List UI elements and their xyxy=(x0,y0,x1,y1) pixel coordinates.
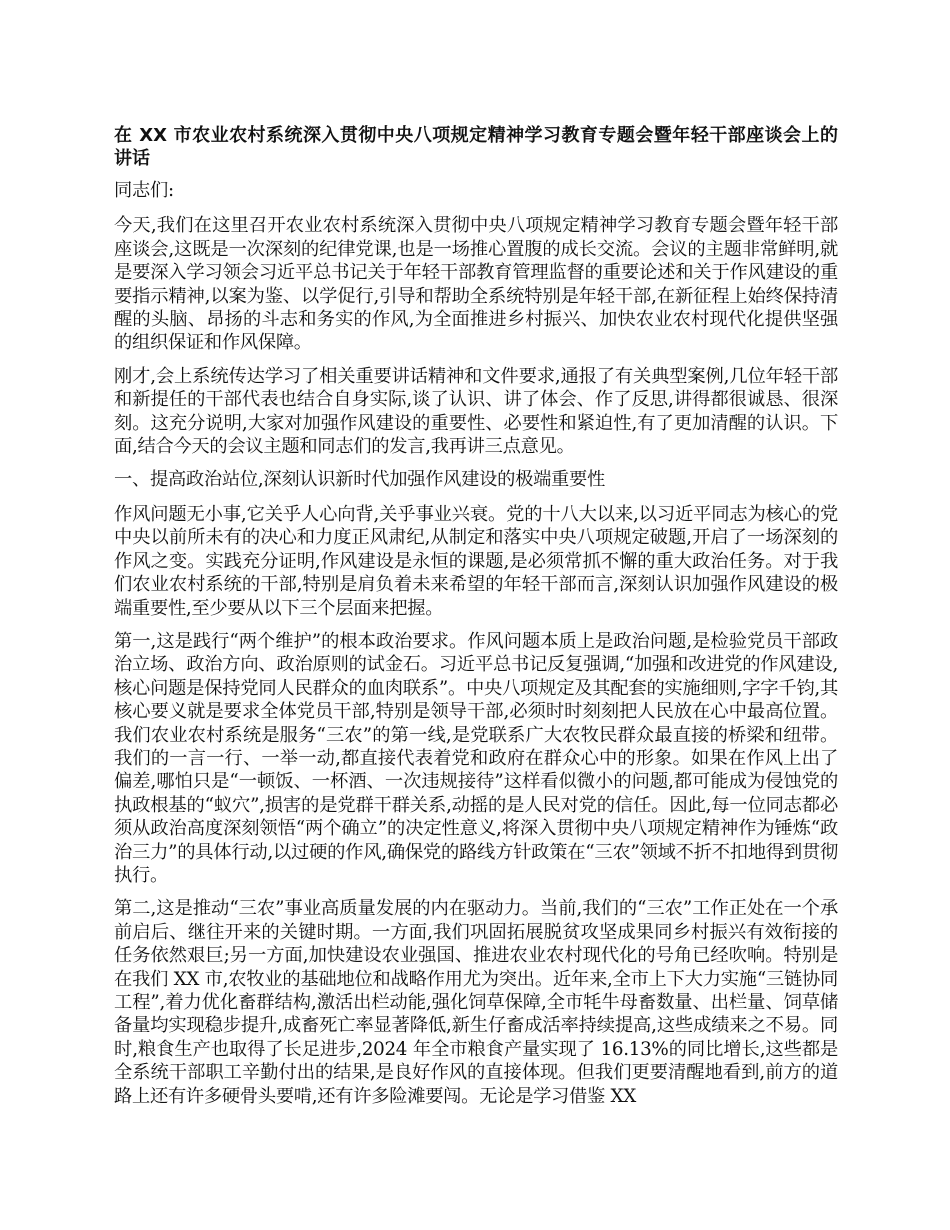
paragraph-opening: 今天,我们在这里召开农业农村系统深入贯彻中央八项规定精神学习教育专题会暨年轻干部… xyxy=(114,214,838,354)
document-title: 在 XX 市农业农村系统深入贯彻中央八项规定精神学习教育专题会暨年轻干部座谈会上… xyxy=(114,124,838,170)
paragraph-context: 刚才,会上系统传达学习了相关重要讲话精神和文件要求,通报了有关典型案例,几位年轻… xyxy=(114,365,838,459)
document-page: 在 XX 市农业农村系统深入贯彻中央八项规定精神学习教育专题会暨年轻干部座谈会上… xyxy=(114,124,838,1118)
salutation: 同志们: xyxy=(114,179,838,202)
paragraph-point-1: 第一,这是践行“两个维护”的根本政治要求。作风问题本质上是政治问题,是检验党员干… xyxy=(114,630,838,887)
paragraph-section-1-intro: 作风问题无小事,它关乎人心向背,关乎事业兴衰。党的十八大以来,以习近平同志为核心… xyxy=(114,503,838,620)
section-heading-1: 一、提高政治站位,深刻认识新时代加强作风建设的极端重要性 xyxy=(114,468,838,491)
paragraph-point-2: 第二,这是推动“三农”事业高质量发展的内在驱动力。当前,我们的“三农”工作正处在… xyxy=(114,897,838,1108)
